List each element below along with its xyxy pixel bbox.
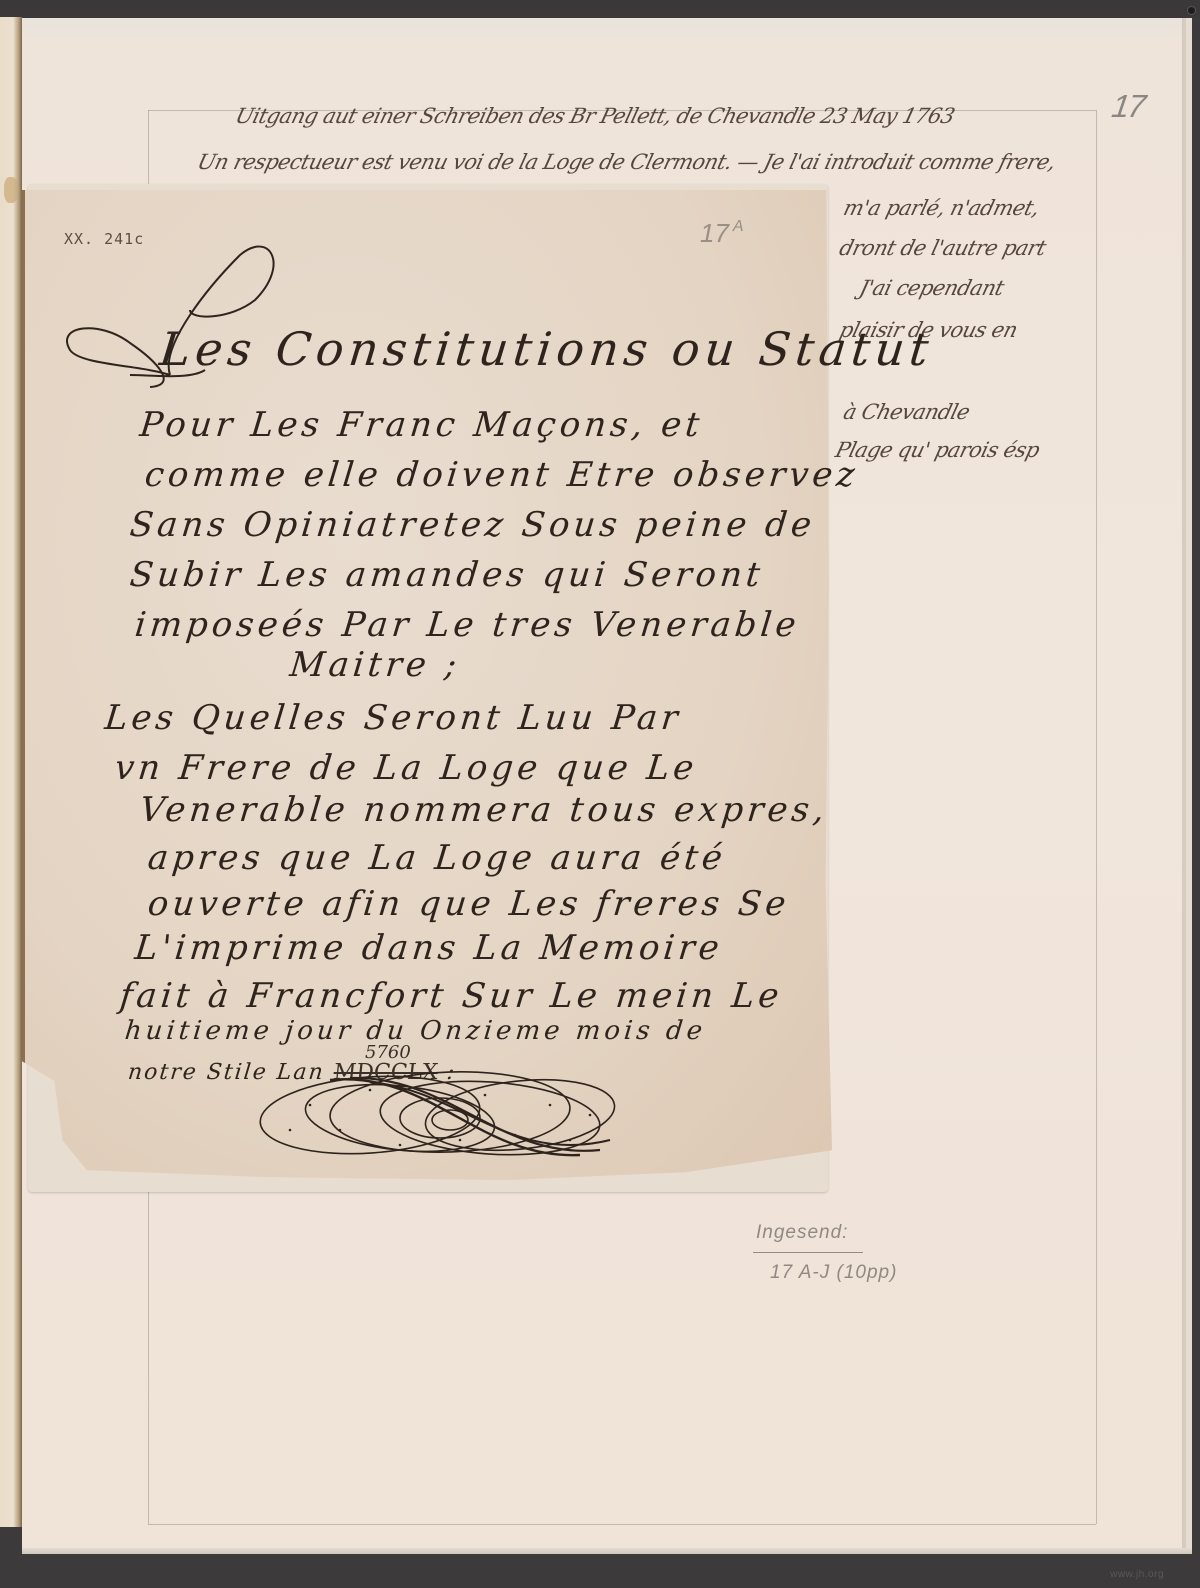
letter-line: apres que La Loge aura été [146,838,728,878]
letter-line: Les Quelles Seront Luu Par [103,698,684,738]
letter-line: Pour Les Franc Maçons, et [138,405,705,445]
repository-watermark: www.jh.org [1110,1569,1164,1580]
letter-line: huitieme jour du Onzieme mois de [123,1016,707,1046]
letter-folio-number: 17 [700,218,729,248]
pencil-note-label: Ingesend: [756,1222,848,1244]
letter-line: ouverte afin que Les freres Se [146,884,792,924]
letter-line: Maitre ; [288,645,462,685]
ledger-line-fragment: m'a parlé, n'admet, [841,196,1042,220]
ledger-line: Un respectueur est venu voi de la Loge d… [195,150,1058,174]
ledger-line-fragment: à Chevandle [841,400,972,424]
letter-title: Les Constitutions ou Statut [157,322,936,376]
decorative-initial-l-icon [40,225,300,405]
facing-page-edge [0,17,22,1527]
letter-line: Sans Opiniatretez Sous peine de [128,505,817,545]
calligraphic-flourish-icon [250,1060,630,1170]
letter-line: vn Frere de La Loge que Le [113,748,700,788]
letter-line: comme elle doivent Etre observez [143,455,861,495]
letter-folio-suffix: A [733,218,744,235]
letter-line: Subir Les amandes qui Seront [128,555,766,595]
page-bottom-edge [22,1548,1192,1554]
letter-line: imposeés Par Le tres Venerable [133,605,802,645]
letter-line: L'imprime dans La Memoire [133,928,725,968]
page-edge-shadow [1183,18,1186,1553]
ruled-line-bottom [148,1524,1096,1525]
scanner-marker-dot [1187,6,1196,15]
scanner-background-top [0,0,1200,18]
letter-line: Venerable nommera tous expres, [138,790,830,830]
ledger-line-fragment: dront de l'autre part [837,236,1048,260]
page-folio-number: 17 [1109,88,1174,125]
letter-line: fait à Francfort Sur Le mein Le [118,976,785,1016]
letter-folio: 17A [700,218,744,249]
ledger-line-fragment: Plage qu' parois ésp [833,438,1042,462]
ruled-line-right-margin [1096,110,1097,1524]
pencil-note-reference: 17 A-J (10pp) [770,1262,897,1284]
pencil-underline [753,1252,863,1253]
paper-stain [4,177,18,203]
ledger-line-fragment: J'ai cependant [857,276,1006,300]
ledger-heading-line: Uitgang aut einer Schreiben des Br Pelle… [233,104,957,128]
